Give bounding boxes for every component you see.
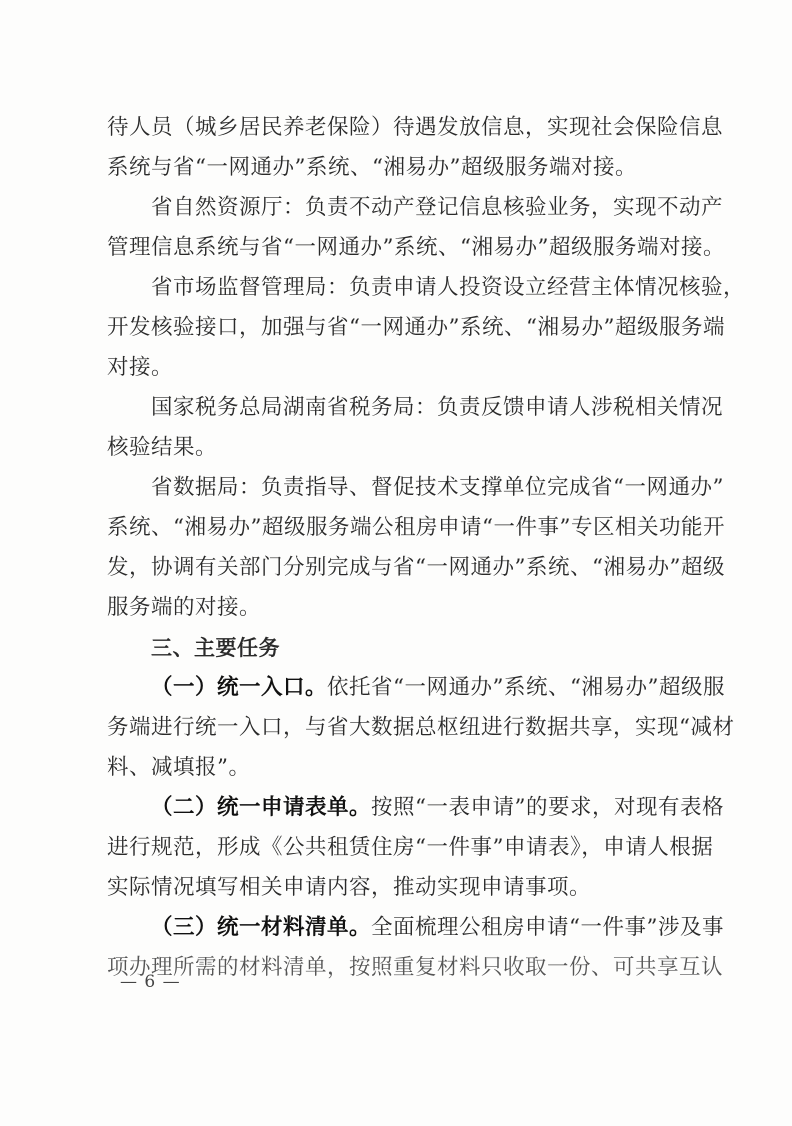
body-line: 省数据局：负责指导、督促技术支撑单位完成省“一网通办”	[107, 468, 689, 508]
task-3-first-line: （三）统一材料清单。全面梳理公租房申请“一件事”涉及事	[107, 908, 689, 948]
body-line: 核验结果。	[107, 428, 689, 468]
task-2-title: （二）统一申请表单。	[151, 795, 371, 820]
body-line: 服务端的对接。	[107, 588, 689, 628]
task-2-text: 按照“一表申请”的要求，对现有表格	[371, 795, 724, 820]
task-3-text: 全面梳理公租房申请“一件事”涉及事	[371, 915, 724, 940]
body-line: 国家税务总局湖南省税务局：负责反馈申请人涉税相关情况	[107, 388, 689, 428]
body-line: 待人员（城乡居民养老保险）待遇发放信息，实现社会保险信息	[107, 108, 689, 148]
task-1-first-line: （一）统一入口。依托省“一网通办”系统、“湘易办”超级服	[107, 668, 689, 708]
body-line: 务端进行统一入口，与省大数据总枢纽进行数据共享，实现“减材	[107, 708, 689, 748]
document-page: 待人员（城乡居民养老保险）待遇发放信息，实现社会保险信息 系统与省“一网通办”系…	[107, 108, 689, 988]
body-line: 管理信息系统与省“一网通办”系统、“湘易办”超级服务端对接。	[107, 228, 689, 268]
body-line: 项办理所需的材料清单，按照重复材料只收取一份、可共享互认	[107, 948, 689, 988]
body-line: 发，协调有关部门分别完成与省“一网通办”系统、“湘易办”超级	[107, 548, 689, 588]
task-1-title: （一）统一入口。	[151, 675, 327, 700]
body-line: 开发核验接口，加强与省“一网通办”系统、“湘易办”超级服务端	[107, 308, 689, 348]
body-line: 省市场监督管理局：负责申请人投资设立经营主体情况核验，	[107, 268, 689, 308]
body-line: 省自然资源厅：负责不动产登记信息核验业务，实现不动产	[107, 188, 689, 228]
body-line: 对接。	[107, 348, 689, 388]
body-line: 实际情况填写相关申请内容，推动实现申请事项。	[107, 868, 689, 908]
task-3-title: （三）统一材料清单。	[151, 915, 371, 940]
body-line: 料、减填报”。	[107, 748, 689, 788]
body-line: 进行规范，形成《公共租赁住房“一件事”申请表》，申请人根据	[107, 828, 689, 868]
task-1-text: 依托省“一网通办”系统、“湘易办”超级服	[327, 675, 725, 700]
page-number: — 6 —	[120, 972, 181, 992]
task-2-first-line: （二）统一申请表单。按照“一表申请”的要求，对现有表格	[107, 788, 689, 828]
section-heading: 三、主要任务	[107, 628, 689, 668]
body-line: 系统、“湘易办”超级服务端公租房申请“一件事”专区相关功能开	[107, 508, 689, 548]
body-line: 系统与省“一网通办”系统、“湘易办”超级服务端对接。	[107, 148, 689, 188]
